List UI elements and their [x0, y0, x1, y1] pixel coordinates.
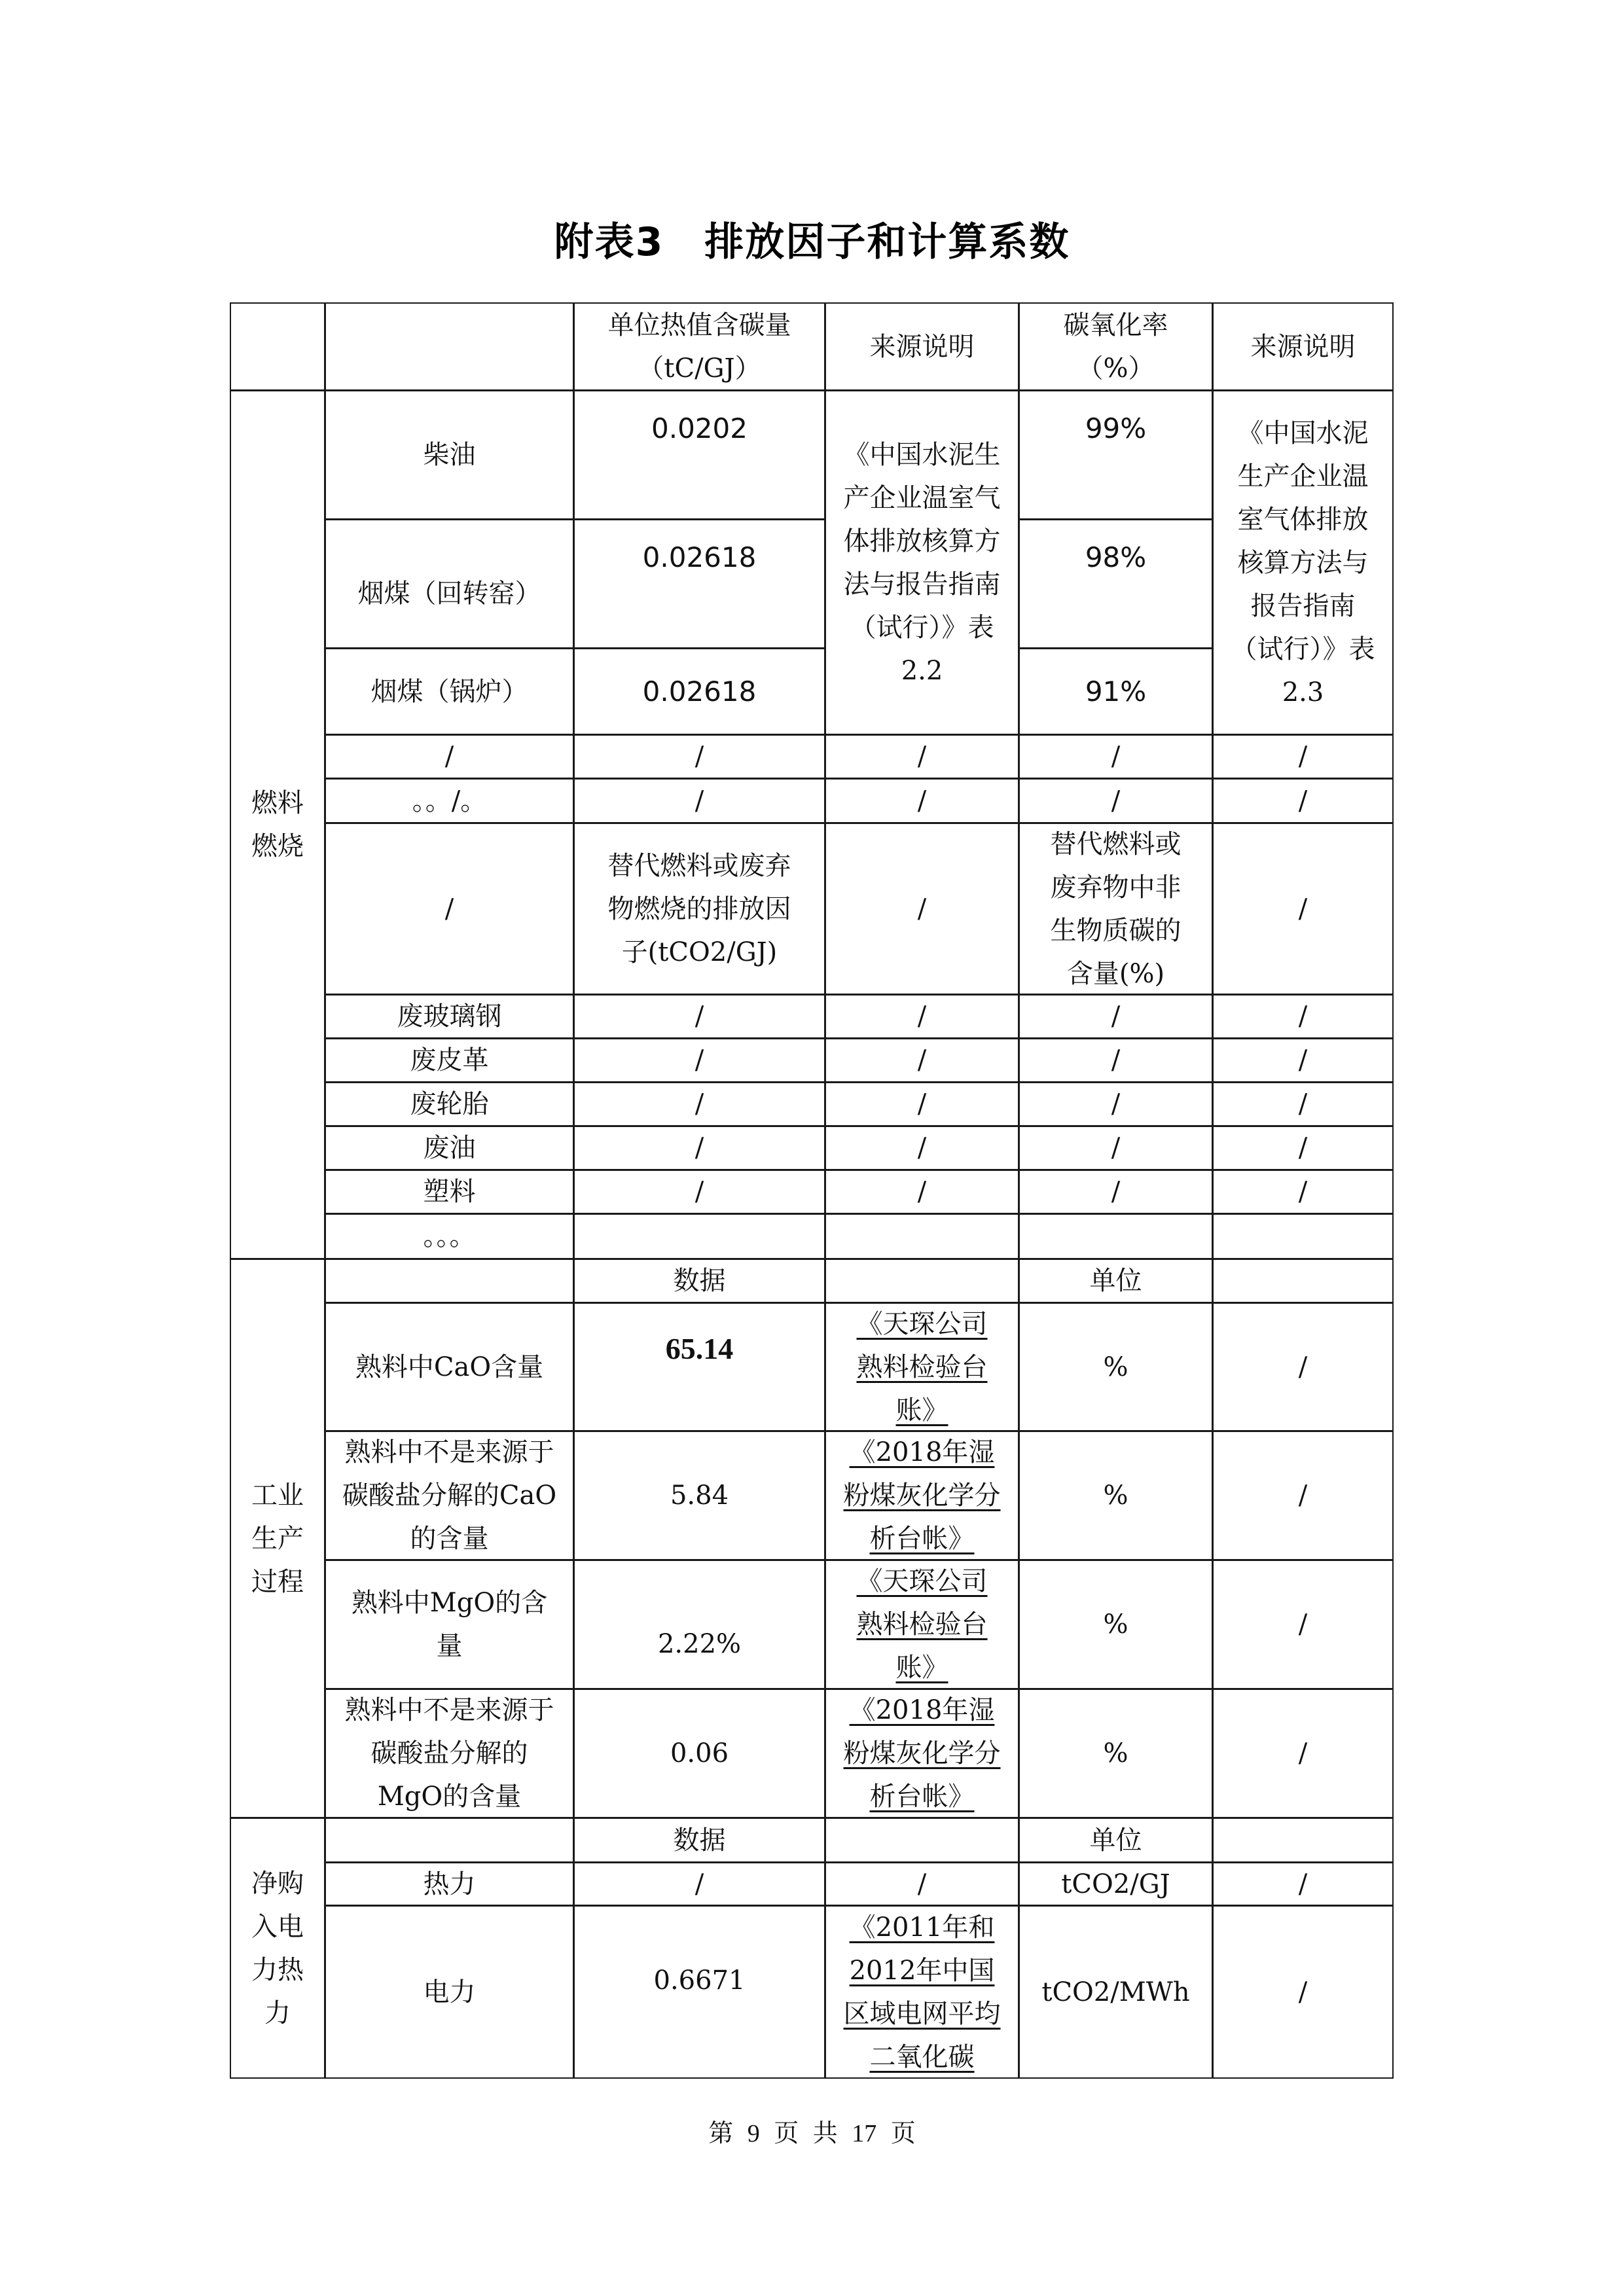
source-oxidation-rate: 《中国水泥生产企业温室气体排放核算方法与报告指南（试行）》表2.3 [1212, 390, 1394, 735]
cell-slash: / [1019, 994, 1213, 1039]
alt-fuel-name: 塑料 [325, 1170, 574, 1214]
cell-empty [1212, 1213, 1394, 1259]
param-data: 65.14 [573, 1302, 825, 1431]
carbon-content-bituminous-kiln: 0.02618 [573, 519, 825, 649]
param-data: 0.06 [573, 1689, 825, 1818]
cell-slash: / [825, 994, 1019, 1039]
cell-slash: / [1019, 1126, 1213, 1170]
cell-slash: / [1212, 1862, 1394, 1906]
cell-slash: / [573, 1038, 825, 1083]
group-label-fuel-combustion: 燃料燃烧 [230, 390, 325, 1259]
cell-empty [573, 1213, 825, 1259]
cell-slash: / [825, 1170, 1019, 1214]
cell-slash: / [1212, 734, 1394, 779]
cell-slash: / [825, 1126, 1019, 1170]
header-empty-1 [230, 302, 325, 391]
cell-slash: / [1212, 778, 1394, 823]
param-name: 熟料中CaO含量 [325, 1302, 574, 1431]
alt-fuel-non-biomass-carbon-header: 替代燃料或废弃物中非生物质碳的含量(%) [1019, 823, 1213, 995]
cell-slash: / [573, 778, 825, 823]
fuel-name-slash: / [325, 734, 574, 779]
cell-slash: / [1212, 994, 1394, 1039]
cell-slash: / [1212, 1560, 1394, 1689]
header-oxidation-rate: 碳氧化率（%） [1019, 302, 1213, 391]
cell-slash: / [573, 734, 825, 779]
param-unit: % [1019, 1302, 1213, 1431]
group-label-industrial-process: 工业生产过程 [230, 1259, 325, 1818]
cell-slash: / [1212, 1170, 1394, 1214]
group-label-purchased-energy: 净购入电力热力 [230, 1818, 325, 2079]
industrial-header-empty [1212, 1259, 1394, 1303]
param-source-link[interactable]: 《2018年湿粉煤灰化学分析台帐》 [825, 1431, 1019, 1560]
energy-data-electricity: 0.6671 [573, 1905, 825, 2079]
cell-slash: / [1212, 1038, 1394, 1083]
param-data: 5.84 [573, 1431, 825, 1560]
alt-fuel-name-slash: / [325, 823, 574, 995]
cell-slash: / [1212, 1689, 1394, 1818]
param-unit: % [1019, 1560, 1213, 1689]
cell-slash: / [573, 1082, 825, 1126]
cell-slash: / [825, 778, 1019, 823]
fuel-name-etc: 。。/。 [325, 778, 574, 823]
energy-unit-heat: tCO2/GJ [1019, 1862, 1213, 1906]
cell-slash: / [1212, 1431, 1394, 1560]
energy-header-empty [1212, 1818, 1394, 1863]
header-carbon-content: 单位热值含碳量（tC/GJ） [573, 302, 825, 391]
page-number: 第 9 页 共 17 页 [0, 2113, 1624, 2149]
oxidation-rate-bituminous-kiln: 98% [1019, 519, 1213, 649]
cell-empty [825, 1213, 1019, 1259]
alt-fuel-emission-factor-header: 替代燃料或废弃物燃烧的排放因子(tCO2/GJ) [573, 823, 825, 995]
fuel-name-bituminous-boiler: 烟煤（锅炉） [325, 648, 574, 735]
cell-slash: / [1019, 1038, 1213, 1083]
industrial-header-empty [825, 1259, 1019, 1303]
cell-slash: / [825, 1082, 1019, 1126]
header-source-2: 来源说明 [1212, 302, 1394, 391]
energy-header-empty [825, 1818, 1019, 1863]
param-source-link[interactable]: 《天琛公司熟料检验台账》 [825, 1560, 1019, 1689]
energy-header-data: 数据 [573, 1818, 825, 1863]
cell-slash: / [825, 734, 1019, 779]
param-unit: % [1019, 1689, 1213, 1818]
oxidation-rate-diesel: 99% [1019, 390, 1213, 520]
cell-slash: / [573, 1126, 825, 1170]
cell-empty [1019, 1213, 1213, 1259]
energy-source-link[interactable]: 《2011年和2012年中国区域电网平均二氧化碳 [825, 1905, 1019, 2079]
energy-name-electricity: 电力 [325, 1905, 574, 2079]
param-data: 2.22% [573, 1560, 825, 1689]
energy-unit-electricity: tCO2/MWh [1019, 1905, 1213, 2079]
energy-source-heat: / [825, 1862, 1019, 1906]
cell-slash: / [573, 1170, 825, 1214]
alt-fuel-name: 废皮革 [325, 1038, 574, 1083]
param-name: 熟料中不是来源于碳酸盐分解的MgO的含量 [325, 1689, 574, 1818]
alt-fuel-name: 废油 [325, 1126, 574, 1170]
industrial-header-data: 数据 [573, 1259, 825, 1303]
param-name: 熟料中MgO的含量 [325, 1560, 574, 1689]
energy-header-empty [325, 1818, 574, 1863]
alt-fuel-name-etc: 。。。 [325, 1213, 574, 1259]
cell-slash: / [1212, 1082, 1394, 1126]
industrial-header-unit: 单位 [1019, 1259, 1213, 1303]
header-source-1: 来源说明 [825, 302, 1019, 391]
cell-slash: / [1212, 1126, 1394, 1170]
carbon-content-diesel: 0.0202 [573, 390, 825, 520]
industrial-header-empty [325, 1259, 574, 1303]
carbon-content-bituminous-boiler: 0.02618 [573, 648, 825, 735]
source-carbon-content: 《中国水泥生产企业温室气体排放核算方法与报告指南（试行）》表2.2 [825, 390, 1019, 735]
header-empty-2 [325, 302, 574, 391]
energy-header-unit: 单位 [1019, 1818, 1213, 1863]
source-text[interactable]: 《天琛公司熟料检验台账》 [844, 1560, 1000, 1689]
cell-slash: / [825, 1038, 1019, 1083]
cell-slash: / [1019, 778, 1213, 823]
cell-slash: / [1212, 1302, 1394, 1431]
fuel-name-bituminous-kiln: 烟煤（回转窑） [325, 519, 574, 649]
cell-slash: / [1019, 1082, 1213, 1126]
param-unit: % [1019, 1431, 1213, 1560]
cell-slash: / [1019, 1170, 1213, 1214]
cell-slash: / [825, 823, 1019, 995]
source-text[interactable]: 《2018年湿粉煤灰化学分析台帐》 [842, 1431, 1002, 1560]
cell-slash: / [573, 994, 825, 1039]
cell-slash: / [1212, 1905, 1394, 2079]
param-source-link[interactable]: 《天琛公司熟料检验台账》 [825, 1302, 1019, 1431]
energy-data-heat: / [573, 1862, 825, 1906]
fuel-name-diesel: 柴油 [325, 390, 574, 520]
cell-slash: / [1019, 734, 1213, 779]
emission-factor-table: 单位热值含碳量（tC/GJ） 来源说明 碳氧化率（%） 来源说明 燃料燃烧 柴油… [0, 0, 1624, 2296]
cell-slash: / [1212, 823, 1394, 995]
param-name: 熟料中不是来源于碳酸盐分解的CaO的含量 [325, 1431, 574, 1560]
oxidation-rate-bituminous-boiler: 91% [1019, 648, 1213, 735]
source-text[interactable]: 《2018年湿粉煤灰化学分析台帐》 [842, 1689, 1002, 1818]
source-text[interactable]: 《天琛公司熟料检验台账》 [844, 1302, 1000, 1432]
alt-fuel-name: 废轮胎 [325, 1082, 574, 1126]
alt-fuel-name: 废玻璃钢 [325, 994, 574, 1039]
param-source-link[interactable]: 《2018年湿粉煤灰化学分析台帐》 [825, 1689, 1019, 1818]
source-text[interactable]: 《2011年和2012年中国区域电网平均二氧化碳 [842, 1906, 1002, 2079]
energy-name-heat: 热力 [325, 1862, 574, 1906]
